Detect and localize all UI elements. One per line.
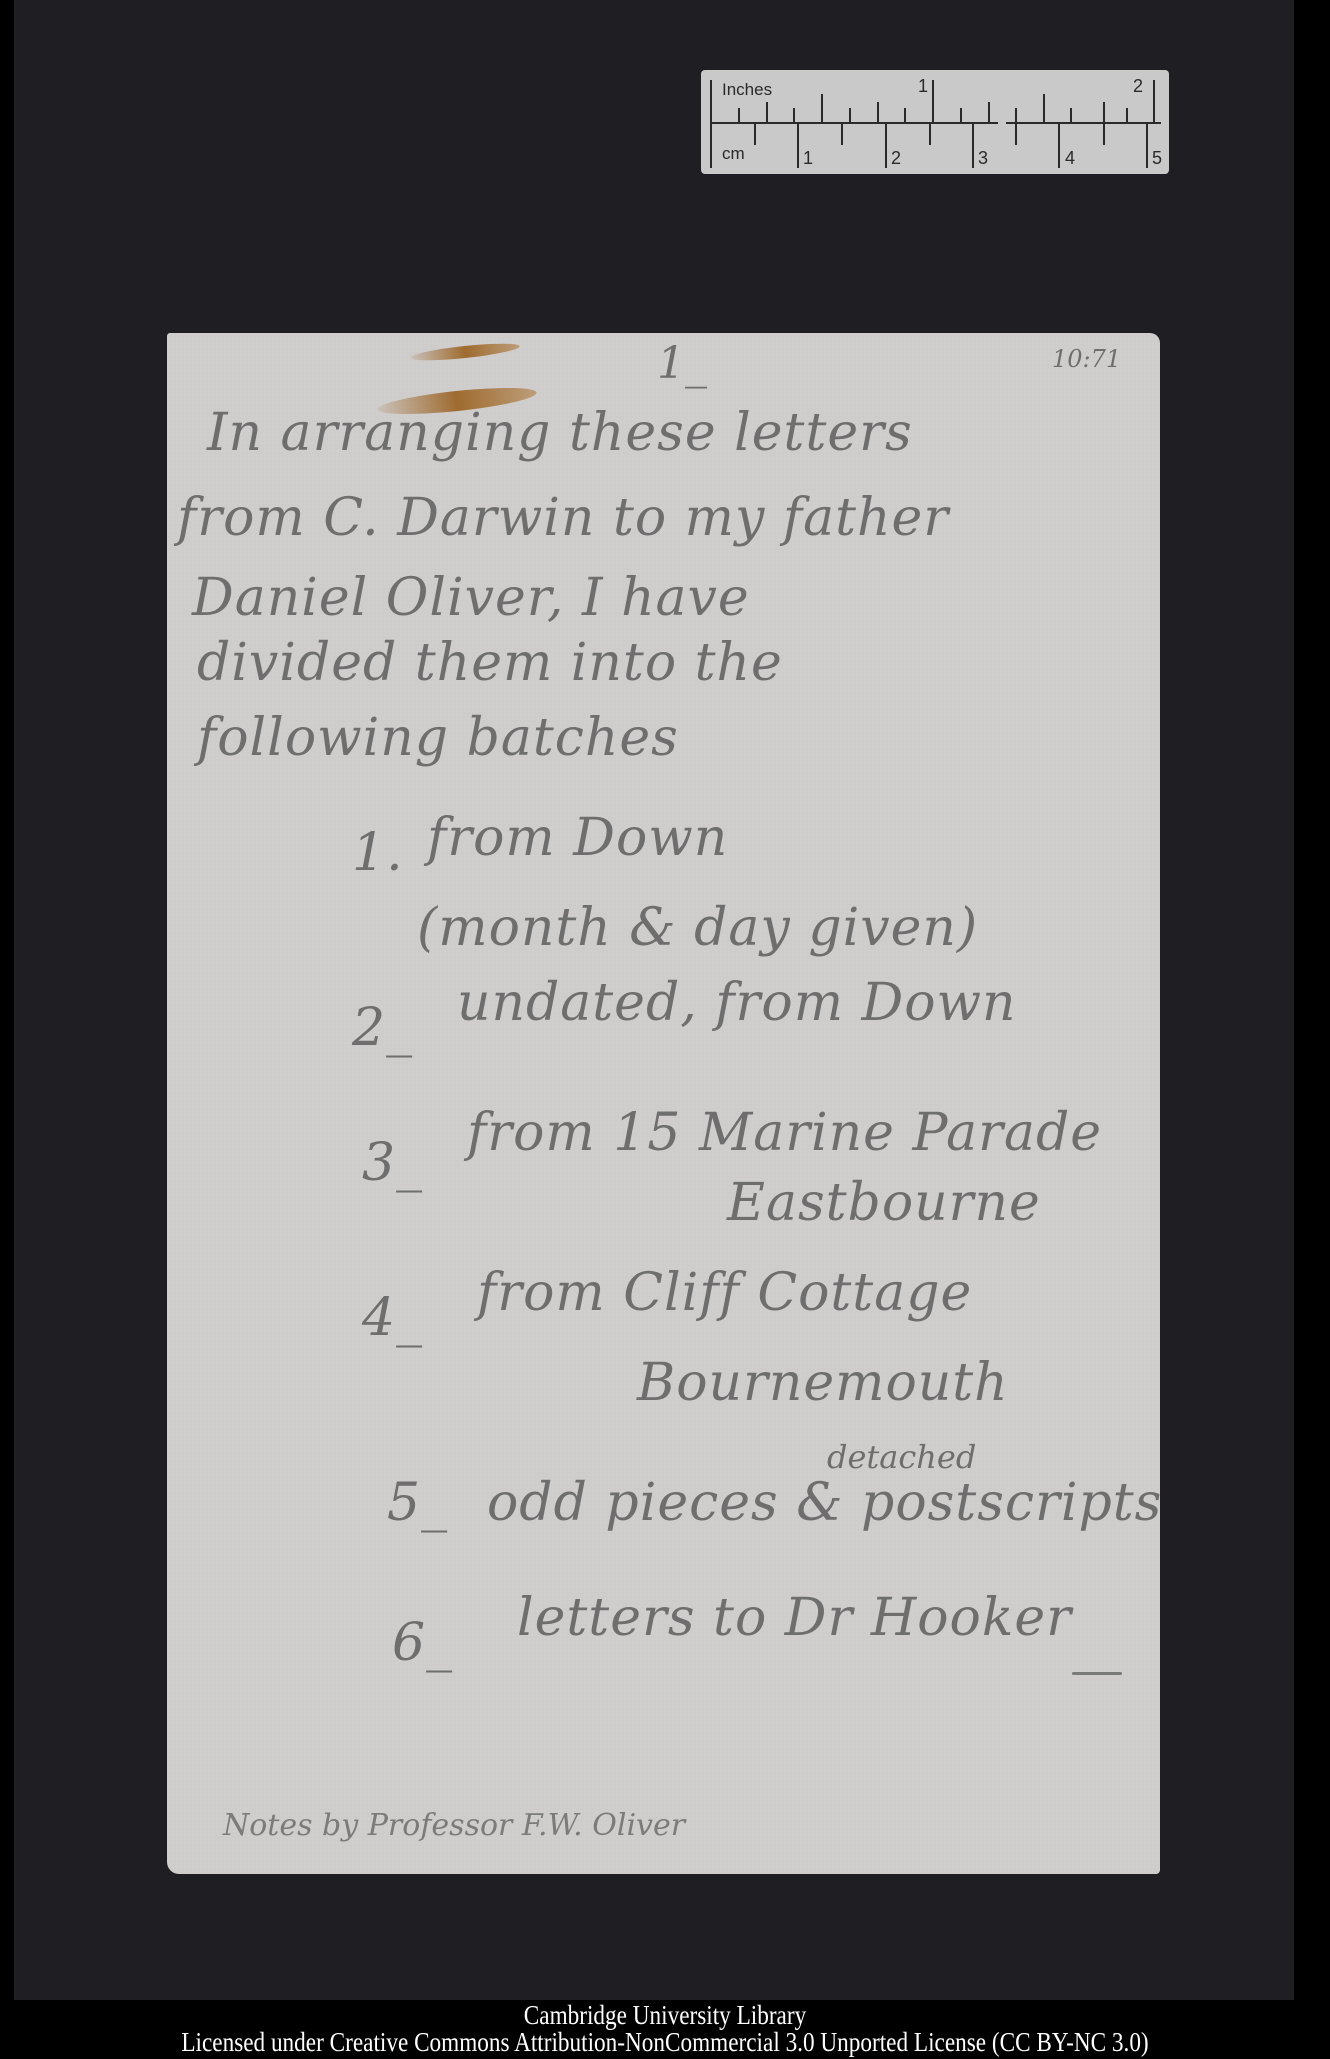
item-number: 3_	[362, 1133, 423, 1193]
rust-stain	[410, 340, 521, 363]
intro-line: from C. Darwin to my father	[177, 488, 949, 548]
item-number: 6_	[392, 1613, 453, 1673]
closing-underline	[1072, 1672, 1122, 1675]
intro-line: following batches	[197, 708, 679, 768]
ruler-cm-mark: 4	[1065, 148, 1075, 169]
institution-credit: Cambridge University Library	[93, 2001, 1237, 2030]
license-credit: Licensed under Creative Commons Attribut…	[93, 2028, 1237, 2057]
item-number: 1.	[352, 823, 404, 883]
item-note: Eastbourne	[727, 1173, 1041, 1233]
intro-line: In arranging these letters	[207, 403, 913, 463]
item-note: Bournemouth	[637, 1353, 1009, 1413]
scale-ruler: Inches cm 1 2 1 2 3 4 5	[701, 70, 1169, 174]
ruler-cm-mark: 2	[891, 148, 901, 169]
page-number: 1_	[657, 338, 707, 389]
item-text: from Down	[427, 808, 728, 868]
item-note: (month & day given)	[417, 898, 978, 958]
intro-line: Daniel Oliver, I have	[192, 568, 750, 628]
item-number: 5_	[387, 1473, 448, 1533]
ruler-cm-mark: 1	[803, 148, 813, 169]
ruler-inch-mark: 1	[918, 76, 928, 97]
ruler-cm-label: cm	[722, 144, 745, 164]
item-text: undated, from Down	[457, 973, 1017, 1033]
item-insertion: detached	[827, 1438, 976, 1476]
folio-number: 10:71	[1052, 345, 1121, 373]
ruler-inch-mark: 2	[1133, 76, 1143, 97]
item-text: from 15 Marine Parade	[467, 1103, 1102, 1163]
intro-line: divided them into the	[197, 633, 783, 693]
manuscript-page: 10:71 1_ In arranging these letters from…	[167, 333, 1160, 1874]
item-text: odd pieces & postscripts	[487, 1473, 1162, 1533]
item-number: 2_	[352, 998, 413, 1058]
signature-note: Notes by Professor F.W. Oliver	[223, 1808, 685, 1843]
item-text: from Cliff Cottage	[477, 1263, 972, 1323]
ruler-cm-mark: 3	[978, 148, 988, 169]
item-number: 4_	[362, 1288, 423, 1348]
item-text: letters to Dr Hooker	[517, 1588, 1072, 1648]
ruler-cm-mark: 5	[1152, 148, 1162, 169]
ruler-inches-label: Inches	[722, 80, 772, 100]
